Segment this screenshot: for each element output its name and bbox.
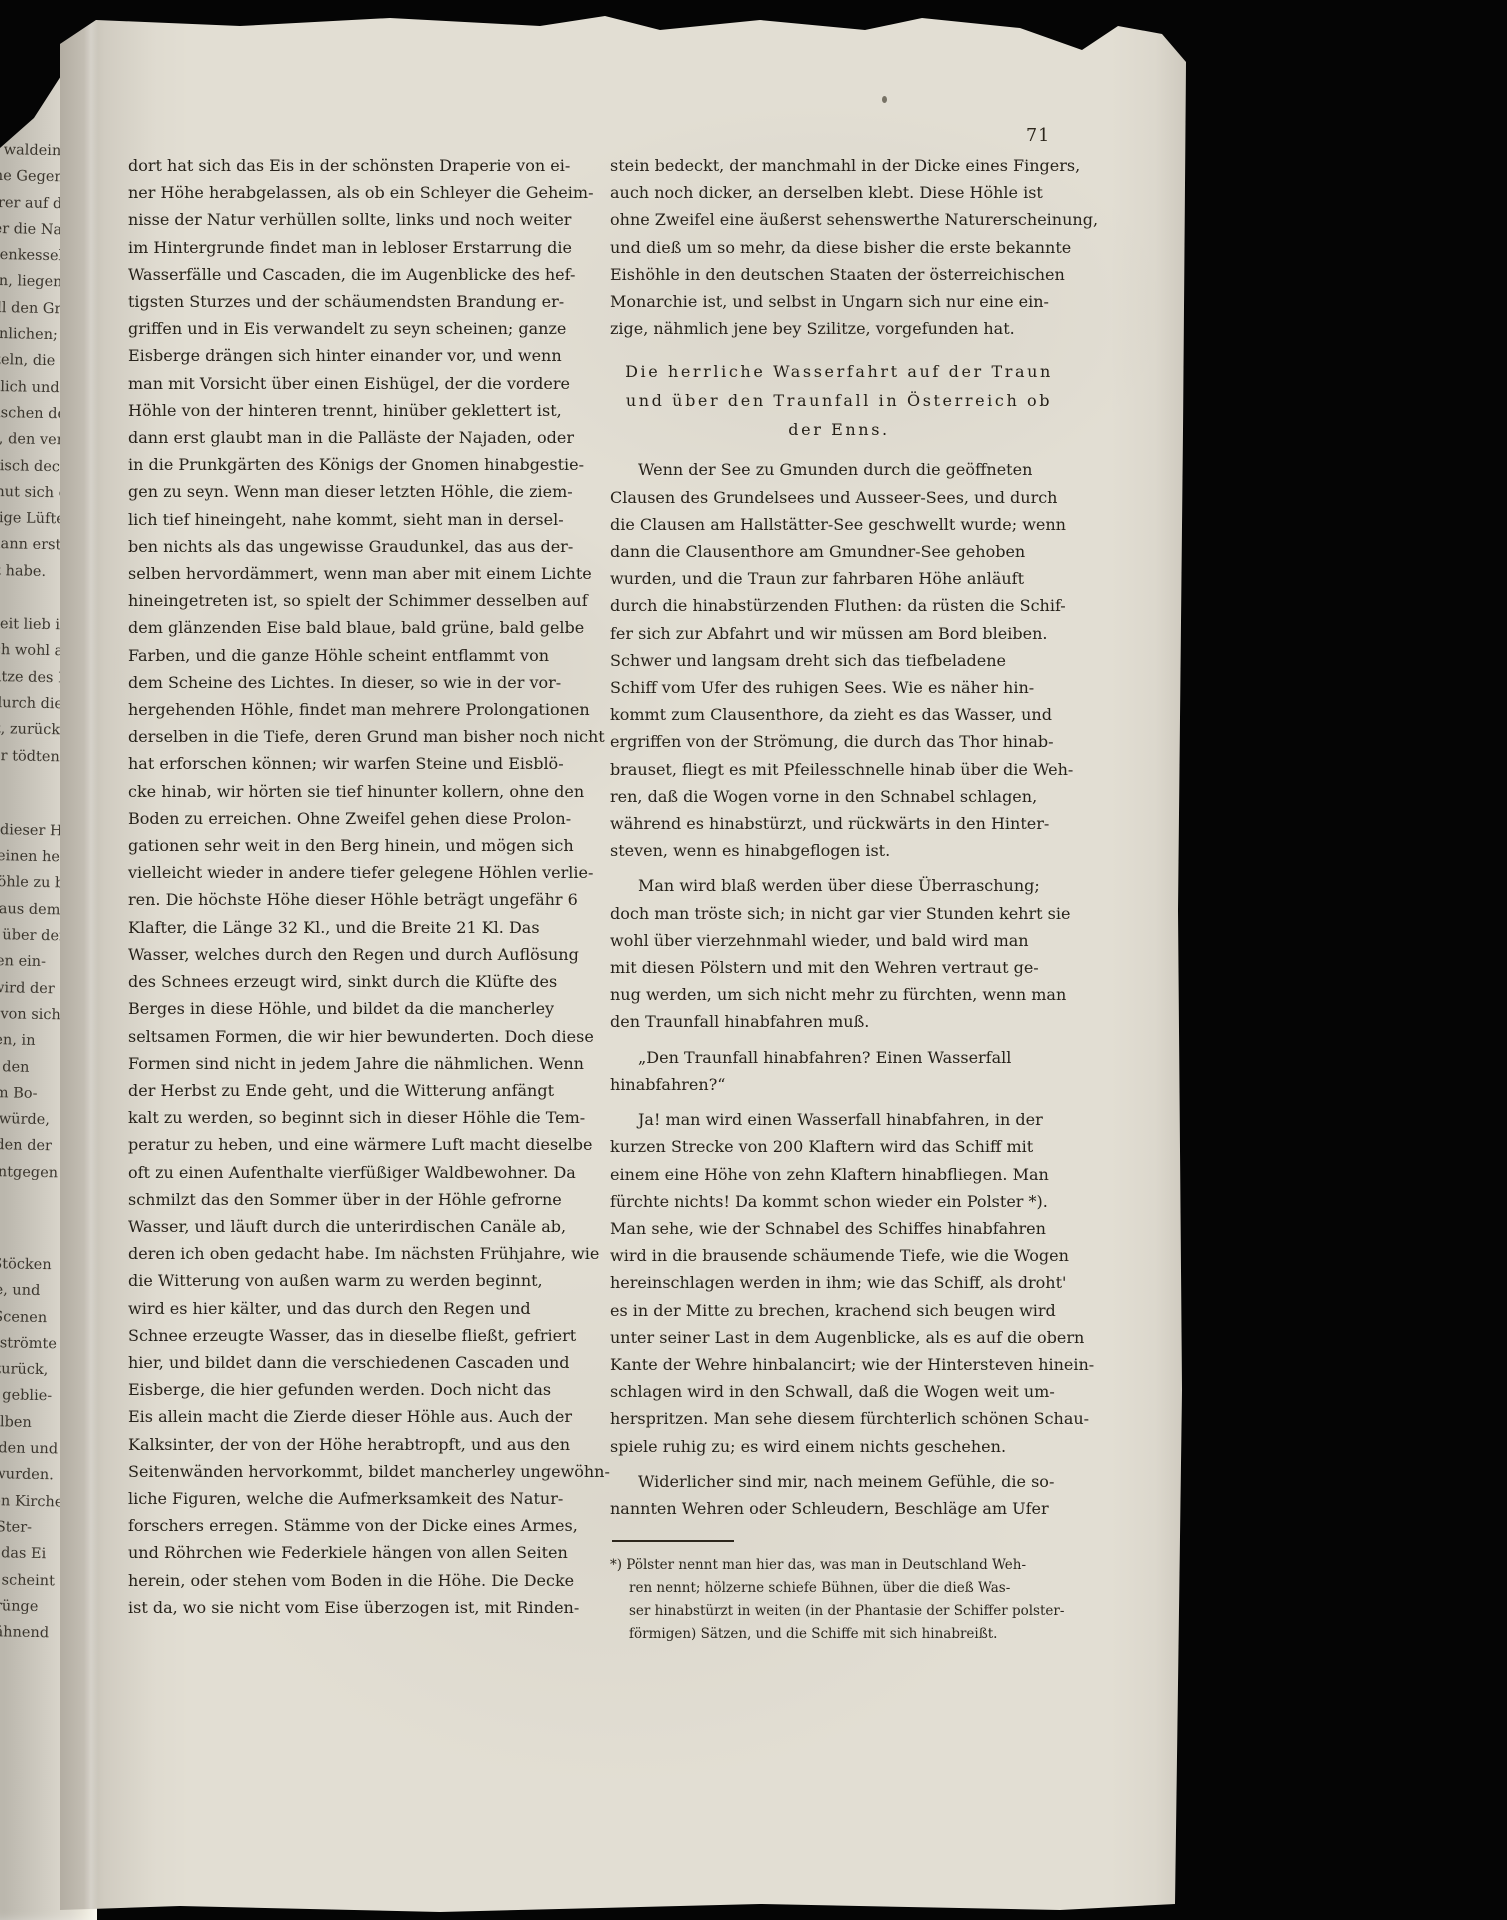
text-line: man mit Vorsicht über einen Eishügel, de… [128, 370, 598, 397]
text-line: im Hintergrunde findet man in lebloser E… [128, 234, 598, 261]
text-line: auch noch dicker, an derselben klebt. Di… [610, 179, 1068, 206]
text-line: schlagen wird in den Schwall, daß die Wo… [610, 1378, 1068, 1405]
text-line: ren nennt; hölzerne schiefe Bühnen, über… [610, 1577, 1068, 1600]
text-line: kurzen Strecke von 200 Klaftern wird das… [610, 1133, 1068, 1160]
text-line: Schiff vom Ufer des ruhigen Sees. Wie es… [610, 674, 1068, 701]
text-line: Man sehe, wie der Schnabel des Schiffes … [610, 1215, 1068, 1242]
paragraph-quote: „Den Traunfall hinabfahren? Einen Wasser… [610, 1044, 1068, 1098]
text-line: der Enns. [610, 415, 1068, 444]
text-line: ben nichts als das ungewisse Graudunkel,… [128, 533, 598, 560]
text-line: wird in die brausende schäumende Tiefe, … [610, 1242, 1068, 1269]
text-line: dann die Clausenthore am Gmundner-See ge… [610, 538, 1068, 565]
text-line: oft zu einen Aufenthalte vierfüßiger Wal… [128, 1159, 598, 1186]
text-line: nug werden, um sich nicht mehr zu fürcht… [610, 981, 1068, 1008]
text-line: „Den Traunfall hinabfahren? Einen Wasser… [610, 1044, 1068, 1071]
page-fold-highlight [84, 10, 98, 1920]
text-line: hineingetreten ist, so spielt der Schimm… [128, 587, 598, 614]
text-line: ren. Die höchste Höhe dieser Höhle beträ… [128, 886, 598, 913]
text-line: ren, daß die Wogen vorne in den Schnabel… [610, 783, 1068, 810]
text-line: Eis allein macht die Zierde dieser Höhle… [128, 1403, 598, 1430]
paragraph: Man wird blaß werden über diese Überrasc… [610, 872, 1068, 1035]
text-line: ohne Zweifel eine äußerst sehenswerthe N… [610, 206, 1068, 233]
text-line: cke hinab, wir hörten sie tief hinunter … [128, 778, 598, 805]
text-line: förmigen) Sätzen, und die Schiffe mit si… [610, 1623, 1068, 1646]
text-line: Wasser, welches durch den Regen und durc… [128, 941, 598, 968]
text-line: lich tief hineingeht, nahe kommt, sieht … [128, 506, 598, 533]
text-line: hinabfahren?“ [610, 1071, 1068, 1098]
text-line: einem eine Höhe von zehn Klaftern hinabf… [610, 1161, 1068, 1188]
text-line: und Röhrchen wie Federkiele hängen von a… [128, 1539, 598, 1566]
text-line: mit diesen Pölstern und mit den Wehren v… [610, 954, 1068, 981]
text-line: Wasser, und läuft durch die unterirdisch… [128, 1213, 598, 1240]
text-line: Eisberge, die hier gefunden werden. Doch… [128, 1376, 598, 1403]
text-line: nisse der Natur verhüllen sollte, links … [128, 206, 598, 233]
paragraph: Ja! man wird einen Wasserfall hinabfahre… [610, 1106, 1068, 1460]
text-line: Ja! man wird einen Wasserfall hinabfahre… [610, 1106, 1068, 1133]
text-line: liche Figuren, welche die Aufmerksamkeit… [128, 1485, 598, 1512]
paragraph-continuation: stein bedeckt, der manchmahl in der Dick… [610, 152, 1068, 342]
text-line: es in der Mitte zu brechen, krachend sic… [610, 1297, 1068, 1324]
paragraph: Wenn der See zu Gmunden durch die geöffn… [610, 456, 1068, 864]
text-line: vielleicht wieder in andere tiefer geleg… [128, 859, 598, 886]
text-line: dem glänzenden Eise bald blaue, bald grü… [128, 614, 598, 641]
text-line: seltsamen Formen, die wir hier bewundert… [128, 1023, 598, 1050]
text-line: und dieß um so mehr, da diese bisher die… [610, 234, 1068, 261]
text-line: Clausen des Grundelsees und Ausseer-Sees… [610, 484, 1068, 511]
page-number: 71 [1026, 126, 1050, 146]
text-line: Boden zu erreichen. Ohne Zweifel gehen d… [128, 805, 598, 832]
book-scan: an waldeinwärts geeine Gegend, die gdere… [0, 0, 1507, 1920]
text-line: zige, nähmlich jene bey Szilitze, vorgef… [610, 315, 1068, 342]
ink-speck [882, 96, 887, 103]
text-line: des Schnees erzeugt wird, sinkt durch di… [128, 968, 598, 995]
text-line: ner Höhe herabgelassen, als ob ein Schle… [128, 179, 598, 206]
text-line: dem Scheine des Lichtes. In dieser, so w… [128, 669, 598, 696]
text-line: ergriffen von der Strömung, die durch da… [610, 728, 1068, 755]
right-text-column: stein bedeckt, der manchmahl in der Dick… [610, 152, 1068, 1645]
text-line: durch die hinabstürzenden Fluthen: da rü… [610, 592, 1068, 619]
text-line: Kante der Wehre hinbalancirt; wie der Hi… [610, 1351, 1068, 1378]
text-line: *) Pölster nennt man hier das, was man i… [610, 1554, 1068, 1577]
text-line: Monarchie ist, und selbst in Ungarn sich… [610, 288, 1068, 315]
text-line: hereinschlagen werden in ihm; wie das Sc… [610, 1269, 1068, 1296]
text-line: dort hat sich das Eis in der schönsten D… [128, 152, 598, 179]
text-line: den Traunfall hinabfahren muß. [610, 1008, 1068, 1035]
text-line: ist da, wo sie nicht vom Eise überzogen … [128, 1594, 598, 1621]
text-line: nannten Wehren oder Schleudern, Beschläg… [610, 1495, 1068, 1522]
text-line: kalt zu werden, so beginnt sich in diese… [128, 1104, 598, 1131]
text-line: tigsten Sturzes und der schäumendsten Br… [128, 288, 598, 315]
text-line: gen zu seyn. Wenn man dieser letzten Höh… [128, 478, 598, 505]
text-line: Schnee erzeugte Wasser, das in dieselbe … [128, 1322, 598, 1349]
paragraph: Widerlicher sind mir, nach meinem Gefühl… [610, 1468, 1068, 1522]
text-line: Widerlicher sind mir, nach meinem Gefühl… [610, 1468, 1068, 1495]
text-line: Eisberge drängen sich hinter einander vo… [128, 342, 598, 369]
text-line: wohl über vierzehnmahl wieder, und bald … [610, 927, 1068, 954]
text-line: griffen und in Eis verwandelt zu seyn sc… [128, 315, 598, 342]
text-line: während es hinabstürzt, und rückwärts in… [610, 810, 1068, 837]
text-line: selben hervordämmert, wenn man aber mit … [128, 560, 598, 587]
text-line: wurden, und die Traun zur fahrbaren Höhe… [610, 565, 1068, 592]
text-line: hat erforschen können; wir warfen Steine… [128, 750, 598, 777]
text-line: Wasserfälle und Cascaden, die im Augenbl… [128, 261, 598, 288]
text-line: Höhle von der hinteren trennt, hinüber g… [128, 397, 598, 424]
text-line: wird es hier kälter, und das durch den R… [128, 1295, 598, 1322]
text-line: forschers erregen. Stämme von der Dicke … [128, 1512, 598, 1539]
text-line: Berges in diese Höhle, und bildet da die… [128, 995, 598, 1022]
text-line: schmilzt das den Sommer über in der Höhl… [128, 1186, 598, 1213]
left-text-column: dort hat sich das Eis in der schönsten D… [128, 152, 598, 1621]
footnote-separator [612, 1540, 734, 1542]
text-line: und über den Traunfall in Österreich ob [610, 386, 1068, 415]
text-line: dann erst glaubt man in die Palläste der… [128, 424, 598, 451]
text-line: Klafter, die Länge 32 Kl., und die Breit… [128, 914, 598, 941]
section-heading: Die herrliche Wasserfahrt auf der Traunu… [610, 357, 1068, 444]
text-line: herein, oder stehen vom Boden in die Höh… [128, 1567, 598, 1594]
text-line: der Herbst zu Ende geht, und die Witteru… [128, 1077, 598, 1104]
text-line: Eishöhle in den deutschen Staaten der ös… [610, 261, 1068, 288]
text-line: die Witterung von außen warm zu werden b… [128, 1267, 598, 1294]
text-line: stein bedeckt, der manchmahl in der Dick… [610, 152, 1068, 179]
text-line: peratur zu heben, und eine wärmere Luft … [128, 1131, 598, 1158]
text-line: Farben, und die ganze Höhle scheint entf… [128, 642, 598, 669]
text-line: hier, und bildet dann die verschiedenen … [128, 1349, 598, 1376]
text-line: Seitenwänden hervorkommt, bildet mancher… [128, 1458, 598, 1485]
text-line: Schwer und langsam dreht sich das tiefbe… [610, 647, 1068, 674]
text-line: herspritzen. Man sehe diesem fürchterlic… [610, 1405, 1068, 1432]
text-line: ser hinabstürzt in weiten (in der Phanta… [610, 1600, 1068, 1623]
text-line: doch man tröste sich; in nicht gar vier … [610, 900, 1068, 927]
text-line: steven, wenn es hinabgeflogen ist. [610, 837, 1068, 864]
text-line: deren ich oben gedacht habe. Im nächsten… [128, 1240, 598, 1267]
text-line: Formen sind nicht in jedem Jahre die näh… [128, 1050, 598, 1077]
text-line: Kalksinter, der von der Höhe herabtropft… [128, 1431, 598, 1458]
text-line: hergehenden Höhle, findet man mehrere Pr… [128, 696, 598, 723]
text-line: Wenn der See zu Gmunden durch die geöffn… [610, 456, 1068, 483]
text-line: fer sich zur Abfahrt und wir müssen am B… [610, 620, 1068, 647]
text-line: gationen sehr weit in den Berg hinein, u… [128, 832, 598, 859]
footnote: *) Pölster nennt man hier das, was man i… [610, 1554, 1068, 1645]
text-line: spiele ruhig zu; es wird einem nichts ge… [610, 1433, 1068, 1460]
text-line: Die herrliche Wasserfahrt auf der Traun [610, 357, 1068, 386]
text-line: brauset, fliegt es mit Pfeilesschnelle h… [610, 756, 1068, 783]
book-page: 71 dort hat sich das Eis in der schönste… [60, 10, 1190, 1920]
text-line: derselben in die Tiefe, deren Grund man … [128, 723, 598, 750]
text-line: in die Prunkgärten des Königs der Gnomen… [128, 451, 598, 478]
text-line: kommt zum Clausenthore, da zieht es das … [610, 701, 1068, 728]
text-line: unter seiner Last in dem Augenblicke, al… [610, 1324, 1068, 1351]
text-line: fürchte nichts! Da kommt schon wieder ei… [610, 1188, 1068, 1215]
text-line: Man wird blaß werden über diese Überrasc… [610, 872, 1068, 899]
text-line: die Clausen am Hallstätter-See geschwell… [610, 511, 1068, 538]
